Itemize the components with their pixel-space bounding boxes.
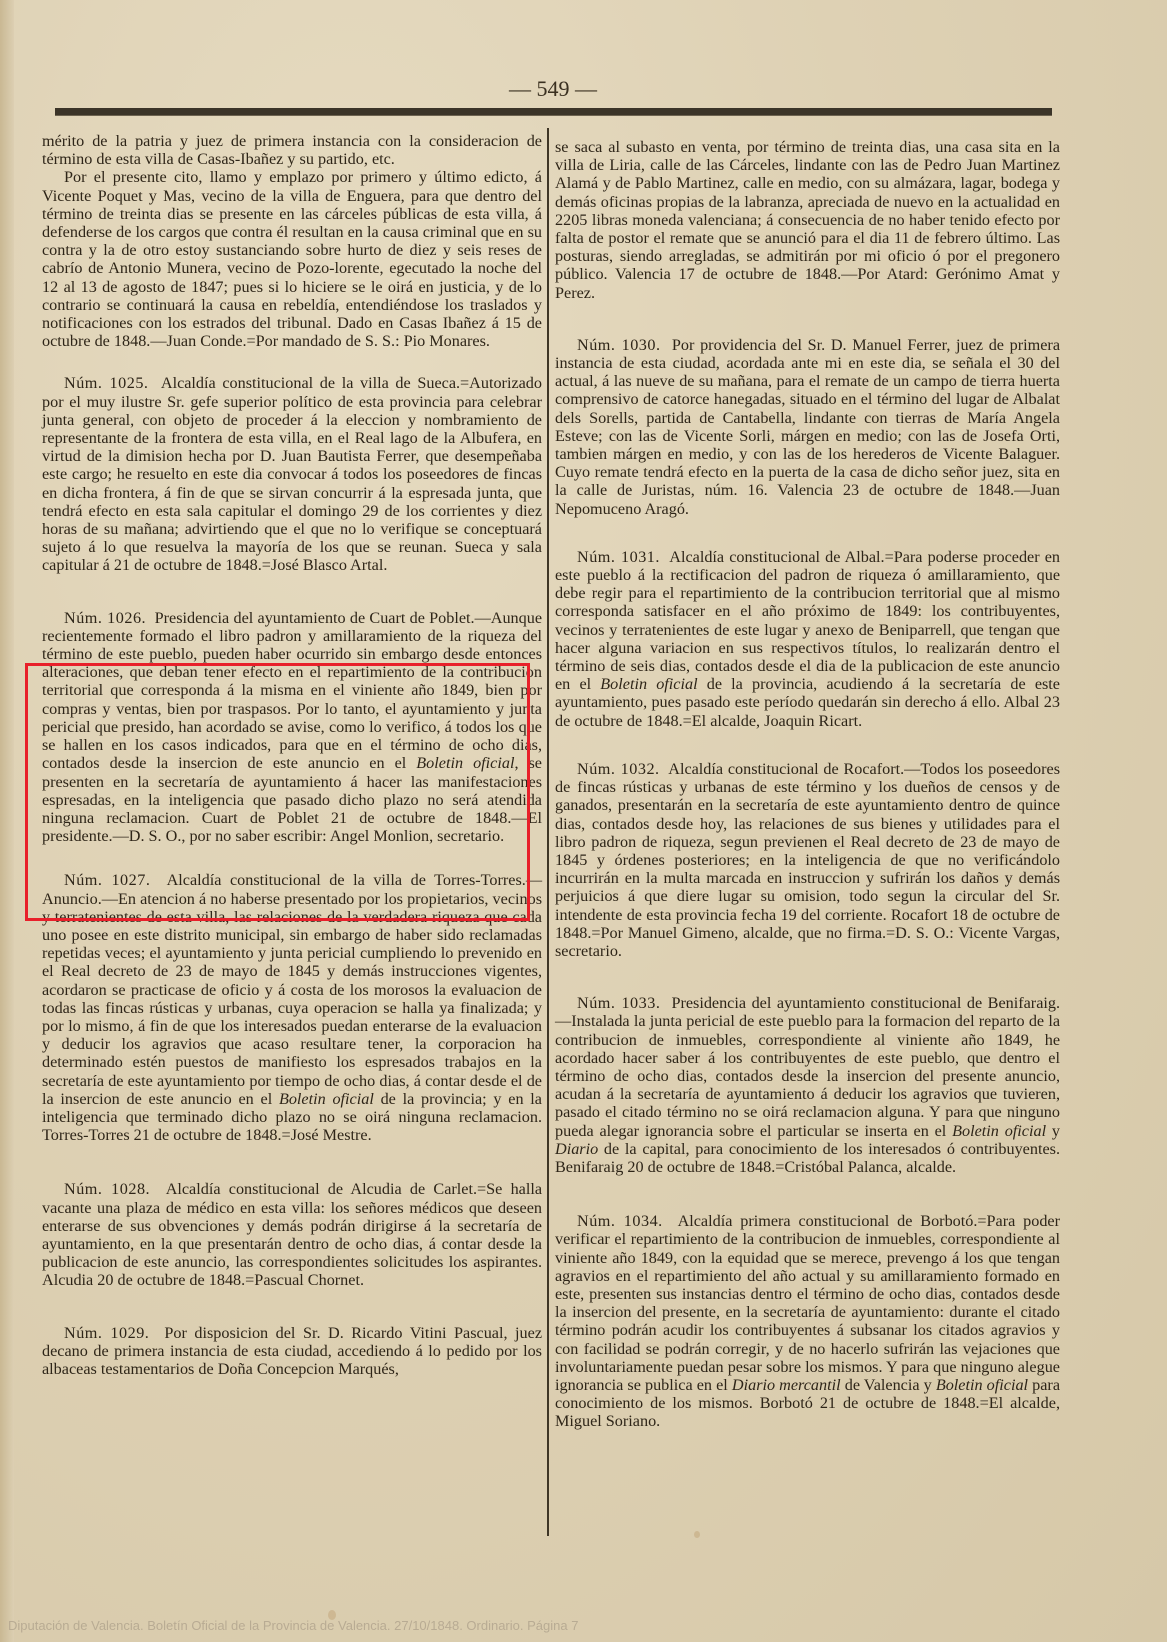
entry-text: Alcaldía constitucional de la villa de S… — [42, 374, 542, 574]
entry-number: Núm. 1027. — [64, 871, 150, 889]
source-footer: Diputación de Valencia. Boletín Oficial … — [8, 1618, 578, 1633]
entry-number: Núm. 1032. — [577, 760, 660, 778]
entry-1028: Núm. 1028. Alcaldía constitucional de Al… — [42, 1180, 542, 1289]
header-rule — [55, 108, 1052, 116]
page-edge — [0, 0, 14, 1642]
right-column: se saca al subasto en venta, por término… — [555, 138, 1060, 1459]
publication-name: Boletin oficial — [600, 675, 697, 693]
entry-1027: Núm. 1027. Alcaldía constitucional de la… — [42, 871, 542, 1144]
entry-text: se saca al subasto en venta, por término… — [555, 138, 1060, 302]
entry-1029: Núm. 1029. Por disposicion del Sr. D. Ri… — [42, 1324, 542, 1379]
entry-1034: Núm. 1034. Alcaldía primera constitucion… — [555, 1212, 1060, 1430]
entry-text: y — [1046, 1122, 1060, 1140]
publication-name: Boletin oficial — [416, 754, 514, 772]
entry-1032: Núm. 1032. Alcaldía constitucional de Ro… — [555, 760, 1060, 960]
entry-text: Presidencia del ayuntamiento constitucio… — [555, 994, 1060, 1139]
entry-number: Núm. 1030. — [577, 336, 661, 354]
publication-name: Boletin oficial — [952, 1122, 1046, 1140]
entry-number: Núm. 1034. — [577, 1212, 663, 1230]
column-divider — [547, 128, 549, 1536]
publication-name: Boletin oficial — [279, 1090, 374, 1108]
publication-name: Diario mercantil — [732, 1376, 841, 1394]
entry-number: Núm. 1026. — [64, 609, 146, 627]
entry-continuation: mérito de la patria y juez de primera in… — [42, 132, 542, 350]
entry-text: Por el presente cito, llamo y emplazo po… — [42, 168, 542, 350]
entry-number: Núm. 1028. — [64, 1180, 150, 1198]
entry-1030: Núm. 1030. Por providencia del Sr. D. Ma… — [555, 336, 1060, 518]
entry-number: Núm. 1033. — [577, 994, 660, 1012]
entry-number: Núm. 1025. — [64, 374, 148, 392]
entry-1026: Núm. 1026. Presidencia del ayuntamiento … — [42, 609, 542, 846]
entry-text: Por providencia del Sr. D. Manuel Ferrer… — [555, 336, 1060, 518]
entry-1031: Núm. 1031. Alcaldía constitucional de Al… — [555, 548, 1060, 730]
entry-text: de Valencia y — [841, 1376, 936, 1394]
entry-1033: Núm. 1033. Presidencia del ayuntamiento … — [555, 994, 1060, 1176]
entry-1029-continuation: se saca al subasto en venta, por término… — [555, 138, 1060, 302]
left-column: mérito de la patria y juez de primera in… — [42, 132, 542, 1406]
entry-text: Alcaldía primera constitucional de Borbo… — [555, 1212, 1060, 1394]
entry-text: Alcaldía constitucional de Rocafort.—Tod… — [555, 760, 1060, 960]
entry-text: Alcaldía constitucional de Albal.=Para p… — [555, 548, 1060, 693]
entry-number: Núm. 1031. — [577, 548, 660, 566]
paper-stain — [694, 1531, 700, 1538]
entry-number: Núm. 1029. — [64, 1324, 149, 1342]
publication-name: Diario — [555, 1140, 598, 1158]
page-number: — 549 — — [508, 76, 598, 102]
entry-text: Alcaldía constitucional de la villa de T… — [42, 871, 542, 1107]
entry-text: Presidencia del ayuntamiento de Cuart de… — [42, 609, 542, 773]
entry-1025: Núm. 1025. Alcaldía constitucional de la… — [42, 374, 542, 574]
publication-name: Boletin oficial — [936, 1376, 1028, 1394]
entry-text: de la capital, para conocimiento de los … — [555, 1140, 1060, 1176]
entry-text: mérito de la patria y juez de primera in… — [42, 132, 542, 168]
